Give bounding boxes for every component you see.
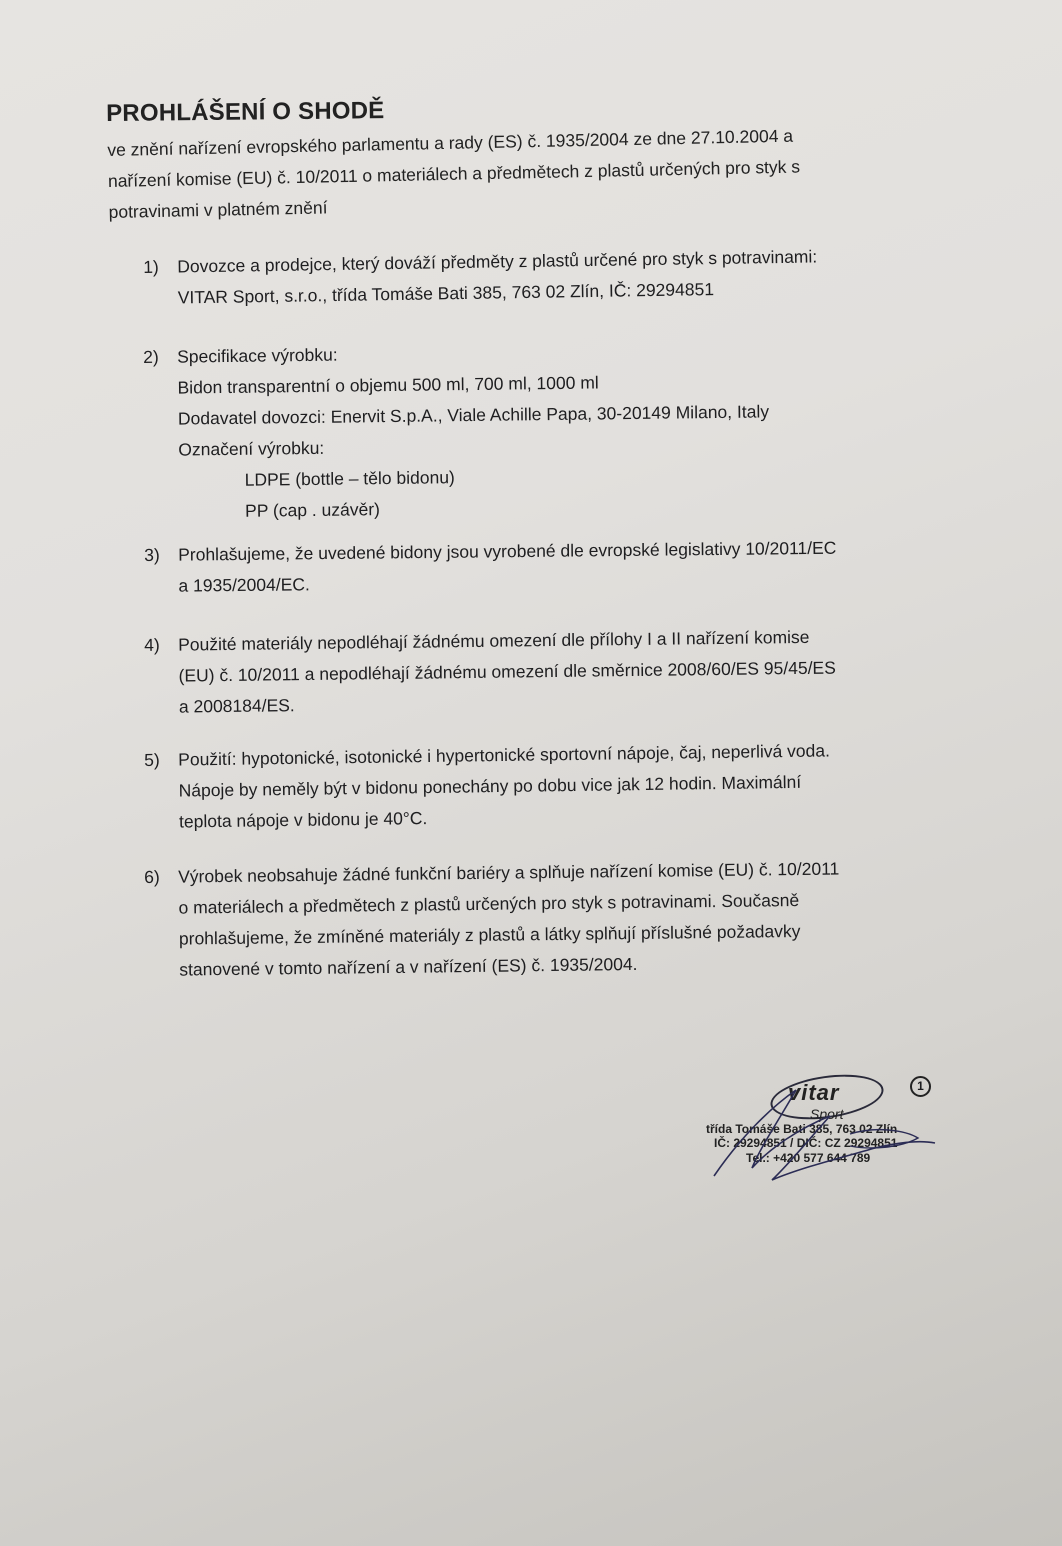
item-subline: PP (cap . uzávěr) (179, 489, 770, 527)
document-page: PROHLÁŠENÍ O SHODĚ ve znění nařízení evr… (0, 0, 1062, 1546)
item-line: a 1935/2004/EC. (178, 564, 837, 602)
item-number: 5) (144, 744, 180, 775)
item-number: 1) (143, 251, 179, 283)
document-title: PROHLÁŠENÍ O SHODĚ (106, 97, 385, 128)
item-number: 2) (143, 342, 179, 373)
item-number: 4) (144, 630, 180, 661)
item-line: stanovené v tomto nařízení a v nařízení … (179, 947, 841, 986)
intro-paragraph: ve znění nařízení evropského parlamentu … (107, 117, 959, 228)
item-number: 3) (144, 540, 180, 571)
item-line: a 2008184/ES. (179, 684, 837, 723)
signature-icon (700, 1068, 950, 1188)
item-number: 6) (144, 862, 180, 893)
company-stamp: vitar Sport 1 třída Tomáše Bati 385, 763… (700, 1068, 950, 1188)
